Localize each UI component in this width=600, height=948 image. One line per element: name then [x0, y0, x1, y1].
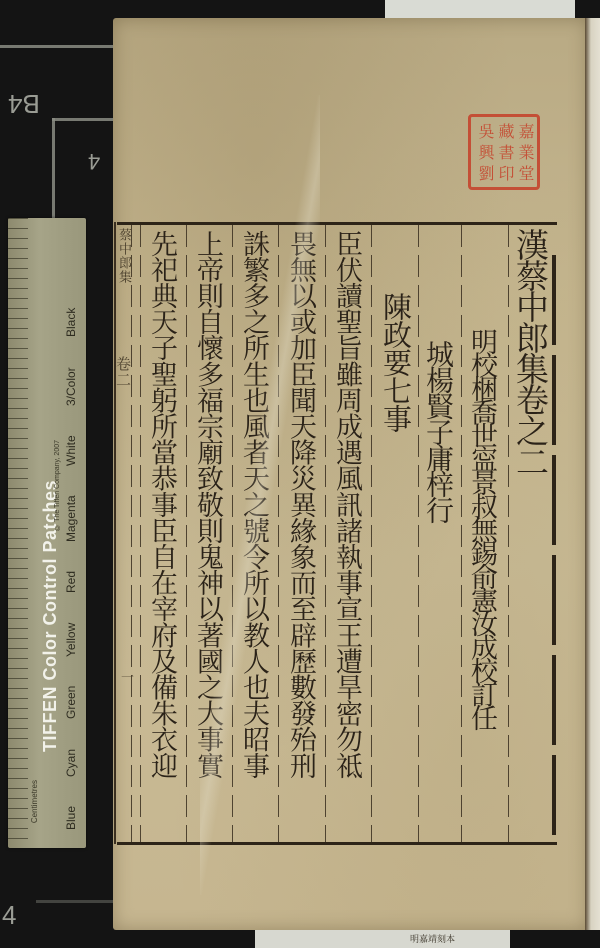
seal-char: 劉 [474, 163, 494, 184]
color-patch-labels: Blue Cyan Green Yellow Red Magenta White… [64, 230, 78, 830]
target-line [52, 118, 113, 121]
margin-volume: 卷二 [116, 356, 130, 388]
patch-label: Yellow [64, 622, 78, 656]
column-rule [131, 225, 132, 842]
patch-label: Red [64, 571, 78, 593]
strip-copyright: © The Tiffen Company, 2007 [54, 440, 61, 531]
margin-page-number: 一 [118, 670, 132, 684]
body-column-3: 誅繁多之所生也風者天之號令所以教人也夫昭事 [237, 230, 269, 778]
patch-label: Magenta [64, 495, 78, 542]
frame-border-top [117, 222, 557, 225]
editor-column: 明校梱喬世寍景叔無錫俞憲汝成校訂任 [466, 328, 497, 728]
body-column-5: 先祀典天子聖躬所當恭事臣自在宰府及備朱衣迎 [145, 230, 177, 778]
frame-border-left [114, 222, 116, 844]
ruler-ticks [8, 218, 28, 848]
patch-label: Green [64, 686, 78, 719]
target-label: B4 [8, 88, 40, 119]
column-rule [371, 225, 372, 842]
seal-char: 藏 [494, 120, 514, 141]
seal-char: 業 [514, 141, 534, 162]
seal-char: 印 [494, 163, 514, 184]
target-label: 4 [2, 900, 16, 931]
seal-char: 吳 [474, 120, 494, 141]
seal-char: 書 [494, 141, 514, 162]
target-line [36, 900, 113, 903]
target-line [0, 45, 113, 48]
column-rule [186, 225, 187, 842]
seal-char: 堂 [514, 163, 534, 184]
section-heading: 陳政要七事 [378, 292, 414, 432]
target-line [52, 118, 55, 218]
seal-char: 嘉 [514, 120, 534, 141]
catalog-slip [255, 930, 510, 948]
margin-title: 蔡中郎集 [116, 228, 130, 284]
patch-label: White [64, 435, 78, 466]
seal-char: 興 [474, 141, 494, 162]
column-rule [325, 225, 326, 842]
publisher-column: 城楊賢子庸梓行 [422, 340, 454, 522]
body-column-2: 畏無以或加臣聞天降災異緣象而至辟歷數發殆刑 [284, 230, 316, 778]
patch-label: Cyan [64, 749, 78, 777]
frame-border-bottom [117, 842, 557, 845]
body-column-4: 上帝則自懷多福宗廟致敬則鬼神以著國之大事實 [191, 230, 223, 778]
column-rule [232, 225, 233, 842]
column-rule [508, 225, 509, 842]
collector-seal: 嘉 業 堂 藏 書 印 吳 興 劉 [468, 114, 540, 190]
book-spine-edge [585, 18, 600, 930]
column-rule [140, 225, 141, 842]
patch-label: Blue [64, 806, 78, 830]
body-column-1: 臣伏讀聖旨雖周成遇風訊諸執事宣王遭旱密勿祗 [330, 230, 362, 778]
ruler-unit-label: Centimetres [30, 780, 39, 823]
column-rule [418, 225, 419, 842]
target-label: 4 [88, 148, 100, 174]
top-tape [385, 0, 575, 18]
patch-label: 3/Color [64, 367, 78, 406]
column-rule [461, 225, 462, 842]
book-title-column: 漢蔡中郎集卷之二 [512, 228, 548, 476]
patch-label: Black [64, 308, 78, 337]
frame-border-right [552, 255, 556, 835]
column-rule [278, 225, 279, 842]
catalog-slip-text: 明嘉靖刻本 [410, 932, 455, 945]
